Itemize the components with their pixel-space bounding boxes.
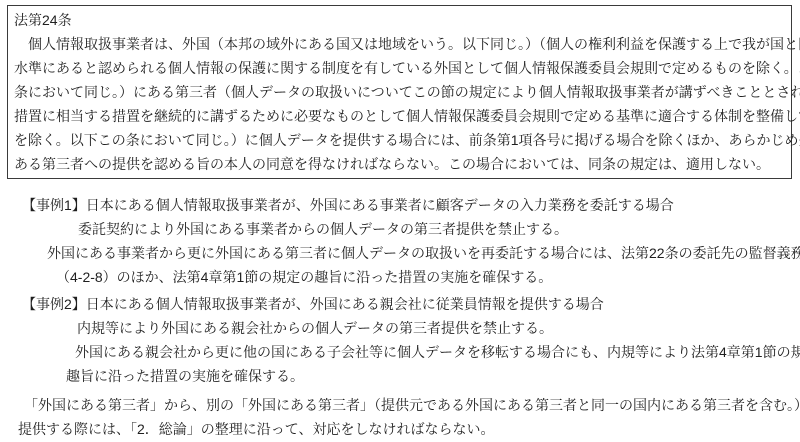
text-line: 趣旨に沿った措置の実施を確保する。 xyxy=(0,364,800,388)
closing-paragraph: 「外国にある第三者」から、別の「外国にある第三者」（提供元である外国にある第三者… xyxy=(0,393,800,441)
text-line: 個人情報取扱事業者は、外国（本邦の域外にある国又は地域をいう。以下同じ。）（個人… xyxy=(14,32,787,56)
text-line: 「外国にある第三者」から、別の「外国にある第三者」（提供元である外国にある第三者… xyxy=(0,393,800,417)
text-line: 【事例1】日本にある個人情報取扱事業者が、外国にある事業者に顧客データの入力業務… xyxy=(0,193,800,217)
text-line: 【事例2】日本にある個人情報取扱事業者が、外国にある親会社に従業員情報を提供する… xyxy=(0,292,800,316)
text-line: 外国にある親会社から更に他の国にある子会社等に個人データを移転する場合にも、内規… xyxy=(0,340,800,364)
text-line: 提供する際には、「2．総論」の整理に沿って、対応をしなければならない。 xyxy=(0,417,800,441)
law-article-box: 法第24条 個人情報取扱事業者は、外国（本邦の域外にある国又は地域をいう。以下同… xyxy=(7,5,792,179)
text-line: （4-2-8）のほか、法第4章第1節の規定の趣旨に沿った措置の実施を確保する。 xyxy=(0,265,800,289)
text-line: を除く。以下この条において同じ。）に個人データを提供する場合には、前条第1項各号… xyxy=(14,128,787,152)
example-1-block: 【事例1】日本にある個人情報取扱事業者が、外国にある事業者に顧客データの入力業務… xyxy=(0,193,800,289)
text-line: 委託契約により外国にある事業者からの個人データの第三者提供を禁止する。 xyxy=(0,217,800,241)
article-body: 個人情報取扱事業者は、外国（本邦の域外にある国又は地域をいう。以下同じ。）（個人… xyxy=(14,32,787,176)
document-page: 法第24条 個人情報取扱事業者は、外国（本邦の域外にある国又は地域をいう。以下同… xyxy=(0,5,800,442)
text-line: 内規等により外国にある親会社からの個人データの第三者提供を禁止する。 xyxy=(0,316,800,340)
text-line: 条において同じ。）にある第三者（個人データの取扱いについてこの節の規定により個人… xyxy=(14,80,787,104)
text-line: 外国にある事業者から更に外国にある第三者に個人データの取扱いを再委託する場合には… xyxy=(0,241,800,265)
text-line: 措置に相当する措置を継続的に講ずるために必要なものとして個人情報保護委員会規則で… xyxy=(14,104,787,128)
text-line: ある第三者への提供を認める旨の本人の同意を得なければならない。この場合においては… xyxy=(14,152,787,176)
text-line: 水準にあると認められる個人情報の保護に関する制度を有している外国として個人情報保… xyxy=(14,56,787,80)
example-2-block: 【事例2】日本にある個人情報取扱事業者が、外国にある親会社に従業員情報を提供する… xyxy=(0,292,800,388)
article-title: 法第24条 xyxy=(14,8,787,32)
